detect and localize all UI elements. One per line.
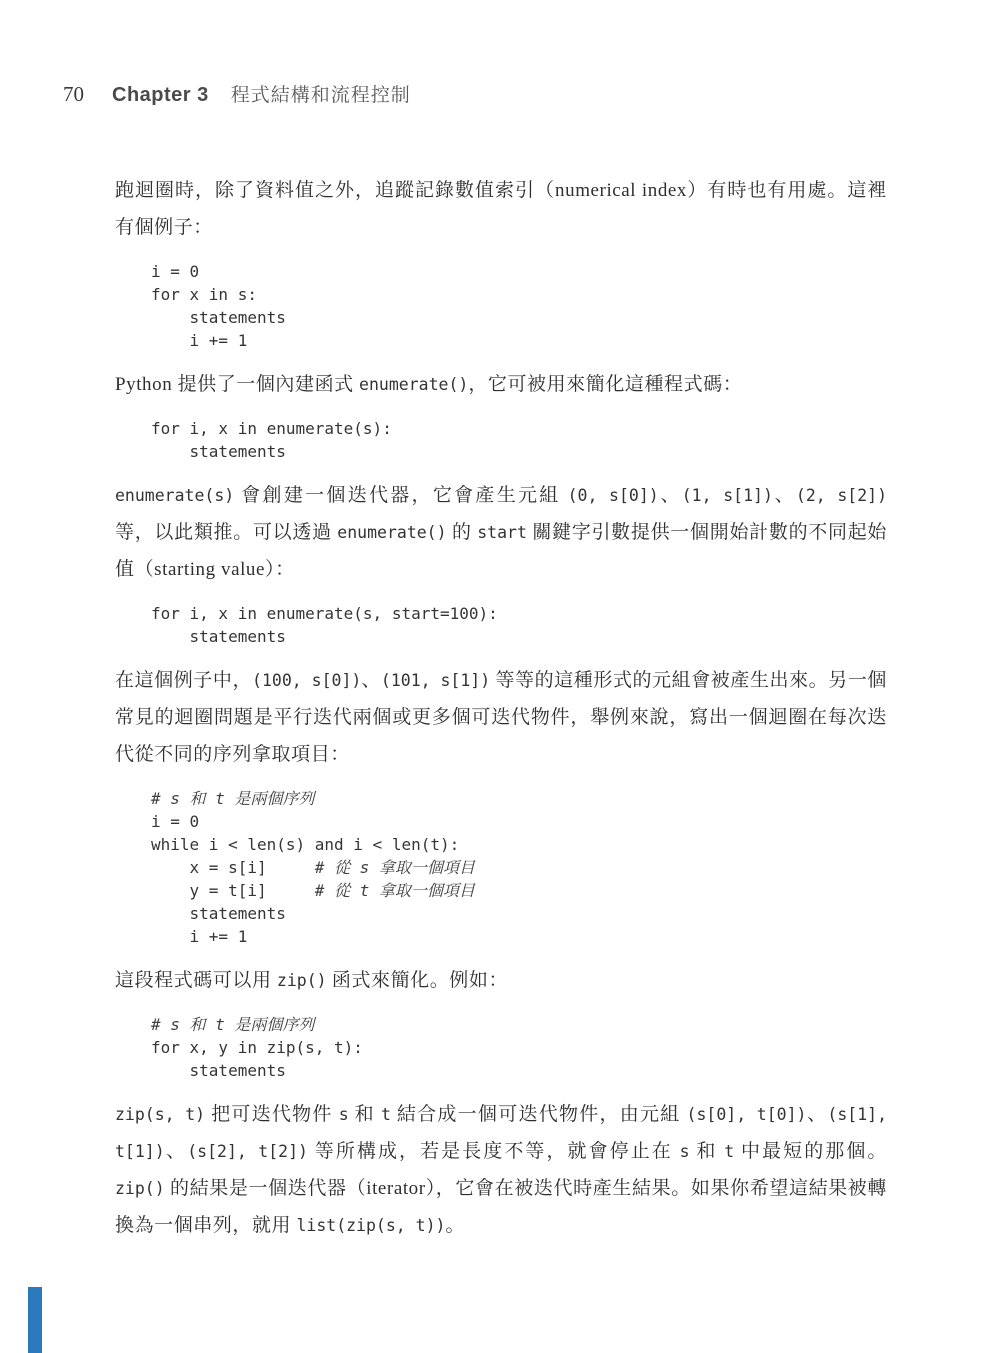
paragraph: 在這個例子中，(100, s[0])、(101, s[1]) 等等的這種形式的元… xyxy=(115,662,887,773)
inline-code: enumerate() xyxy=(359,375,468,394)
body-text: 函式來簡化。例如： xyxy=(327,970,508,991)
page-body: 跑迴圈時，除了資料值之外，追蹤記錄數值索引（numerical index）有時… xyxy=(115,172,887,1258)
code-line: i += 1 xyxy=(151,927,247,946)
code-text: statements xyxy=(151,904,286,923)
code-line: i += 1 xyxy=(151,331,247,350)
code-block: # s 和 t 是兩個序列 i = 0 while i < len(s) and… xyxy=(151,787,887,948)
body-text: 結合成一個可迭代物件，由元組 xyxy=(391,1104,687,1125)
body-text: 、 xyxy=(806,1104,827,1125)
code-text: for x in s: xyxy=(151,285,257,304)
code-text: for x, y in zip(s, t): xyxy=(151,1038,363,1057)
code-line: y = t[i] # 從 t 拿取一個項目 xyxy=(151,881,475,900)
inline-code: (101, s[1]) xyxy=(381,671,490,690)
inline-code: enumerate(s) xyxy=(115,486,234,505)
code-text: i += 1 xyxy=(151,331,247,350)
code-line: for i, x in enumerate(s, start=100): xyxy=(151,604,498,623)
inline-code: start xyxy=(477,523,527,542)
inline-code: zip() xyxy=(277,971,327,990)
inline-code: (100, s[0]) xyxy=(252,671,361,690)
code-line: i = 0 xyxy=(151,262,199,281)
body-text: 、 xyxy=(165,1141,188,1162)
code-comment: # s 和 t 是兩個序列 xyxy=(151,1015,314,1034)
paragraph: 跑迴圈時，除了資料值之外，追蹤記錄數值索引（numerical index）有時… xyxy=(115,172,887,246)
inline-code: zip(s, t) xyxy=(115,1105,205,1124)
code-block: i = 0 for x in s: statements i += 1 xyxy=(151,260,887,352)
inline-code: (s[0], t[0]) xyxy=(687,1105,807,1124)
inline-code: (2, s[2]) xyxy=(796,486,887,505)
paragraph: enumerate(s) 會創建一個迭代器，它會產生元組 (0, s[0])、(… xyxy=(115,477,887,588)
body-text: 跑迴圈時，除了資料值之外，追蹤記錄數值索引（numerical index）有時… xyxy=(115,180,887,238)
inline-code: (1, s[1]) xyxy=(682,486,773,505)
inline-code: t xyxy=(381,1105,391,1124)
body-text: 這段程式碼可以用 xyxy=(115,970,277,991)
paragraph: Python 提供了一個內建函式 enumerate()，它可被用來簡化這種程式… xyxy=(115,366,887,403)
paragraph: 這段程式碼可以用 zip() 函式來簡化。例如： xyxy=(115,962,887,999)
body-text: 在這個例子中， xyxy=(115,670,252,691)
code-line: statements xyxy=(151,308,286,327)
code-line: statements xyxy=(151,1061,286,1080)
body-text: 中最短的那個。 xyxy=(734,1141,887,1162)
code-text: statements xyxy=(151,1061,286,1080)
code-line: for x, y in zip(s, t): xyxy=(151,1038,363,1057)
body-text: ，它可被用來簡化這種程式碼： xyxy=(468,374,742,395)
inline-code: t xyxy=(724,1142,734,1161)
page-edge-tab xyxy=(28,1287,42,1353)
inline-code: (s[2], t[2]) xyxy=(187,1142,308,1161)
body-text: 、 xyxy=(659,485,682,506)
code-text: for i, x in enumerate(s): xyxy=(151,419,392,438)
body-text: 、 xyxy=(773,485,796,506)
body-text: 的 xyxy=(447,522,478,543)
inline-code: zip() xyxy=(115,1179,165,1198)
code-line: for i, x in enumerate(s): xyxy=(151,419,392,438)
chapter-title: 程式結構和流程控制 xyxy=(231,80,411,107)
code-line: # s 和 t 是兩個序列 xyxy=(151,789,314,808)
code-line: x = s[i] # 從 s 拿取一個項目 xyxy=(151,858,475,877)
code-comment: # s 和 t 是兩個序列 xyxy=(151,789,314,808)
body-text: 和 xyxy=(349,1104,381,1125)
inline-code: list(zip(s, t)) xyxy=(296,1216,445,1235)
inline-code: enumerate() xyxy=(337,523,446,542)
code-line: for x in s: xyxy=(151,285,257,304)
code-block: for i, x in enumerate(s, start=100): sta… xyxy=(151,602,887,648)
code-text: while i < len(s) and i < len(t): xyxy=(151,835,459,854)
body-text: 把可迭代物件 xyxy=(205,1104,339,1125)
body-text: Python 提供了一個內建函式 xyxy=(115,374,359,395)
code-comment: # 從 t 拿取一個項目 xyxy=(315,881,475,900)
body-text: 等，以此類推。可以透過 xyxy=(115,522,337,543)
code-text: y = t[i] xyxy=(151,881,315,900)
code-line: statements xyxy=(151,904,286,923)
code-text: i = 0 xyxy=(151,262,199,281)
code-line: i = 0 xyxy=(151,812,199,831)
code-comment: # 從 s 拿取一個項目 xyxy=(315,858,475,877)
code-text: statements xyxy=(151,442,286,461)
code-line: statements xyxy=(151,442,286,461)
body-text: 。 xyxy=(445,1215,465,1236)
code-text: x = s[i] xyxy=(151,858,315,877)
code-text: i += 1 xyxy=(151,927,247,946)
body-text: 和 xyxy=(690,1141,725,1162)
code-line: statements xyxy=(151,627,286,646)
code-text: statements xyxy=(151,627,286,646)
code-text: statements xyxy=(151,308,286,327)
paragraph: zip(s, t) 把可迭代物件 s 和 t 結合成一個可迭代物件，由元組 (s… xyxy=(115,1096,887,1244)
code-text: for i, x in enumerate(s, start=100): xyxy=(151,604,498,623)
chapter-label: Chapter 3 xyxy=(112,84,209,107)
inline-code: s xyxy=(339,1105,349,1124)
code-line: # s 和 t 是兩個序列 xyxy=(151,1015,314,1034)
page-number: 70 xyxy=(63,82,84,107)
body-text: 的結果是一個迭代器（iterator），它會在被迭代時產生結果。如果你希望這結果… xyxy=(115,1178,887,1236)
code-block: # s 和 t 是兩個序列 for x, y in zip(s, t): sta… xyxy=(151,1013,887,1082)
inline-code: s xyxy=(680,1142,690,1161)
body-text: 、 xyxy=(361,670,381,691)
body-text: 會創建一個迭代器，它會產生元組 xyxy=(234,485,567,506)
book-page: 70 Chapter 3 程式結構和流程控制 跑迴圈時，除了資料值之外，追蹤記錄… xyxy=(0,0,1000,1353)
page-header: 70 Chapter 3 程式結構和流程控制 xyxy=(63,80,411,107)
code-text: i = 0 xyxy=(151,812,199,831)
body-text: 等所構成，若是長度不等，就會停止在 xyxy=(308,1141,680,1162)
inline-code: (0, s[0]) xyxy=(568,486,659,505)
code-block: for i, x in enumerate(s): statements xyxy=(151,417,887,463)
code-line: while i < len(s) and i < len(t): xyxy=(151,835,459,854)
